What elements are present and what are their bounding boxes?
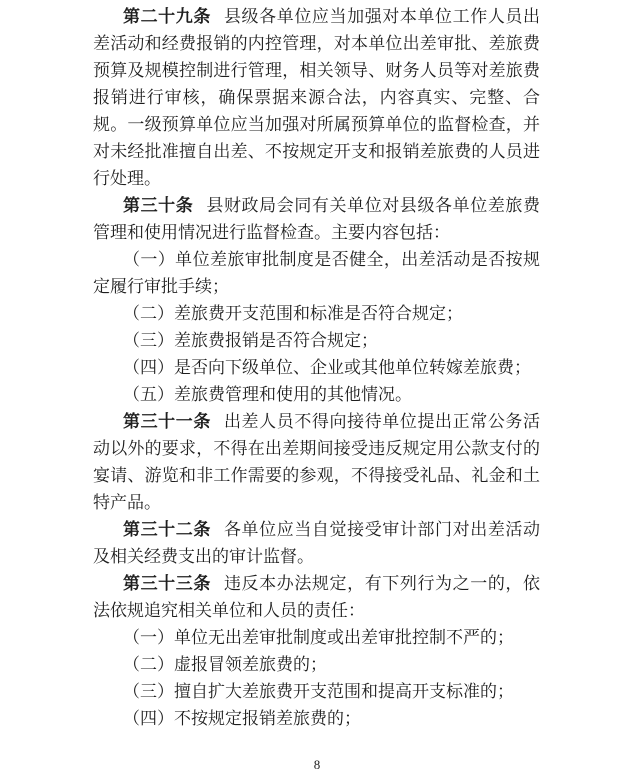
paragraph-text: 县级各单位应当加强对本单位工作人员出差活动和经费报销的内控管理，对本单位出差审批… bbox=[93, 7, 540, 188]
paragraph-text: （三）差旅费报销是否符合规定； bbox=[123, 331, 378, 350]
article-paragraph: 第三十条县财政局会同有关单位对县级各单位差旅费管理和使用情况进行监督检查。主要内… bbox=[93, 192, 540, 246]
article-number: 第三十条 bbox=[123, 196, 193, 215]
article-number: 第三十二条 bbox=[123, 520, 211, 539]
paragraph-text: （四）是否向下级单位、企业或其他单位转嫁差旅费； bbox=[123, 358, 531, 377]
article-number: 第二十九条 bbox=[123, 7, 211, 26]
page-footer: 8 bbox=[0, 757, 634, 773]
paragraph-text: （一）单位无出差审批制度或出差审批控制不严的； bbox=[123, 628, 514, 647]
article-paragraph: 第三十三条违反本办法规定，有下列行为之一的，依法依规追究相关单位和人员的责任： bbox=[93, 570, 540, 624]
article-paragraph: 第二十九条县级各单位应当加强对本单位工作人员出差活动和经费报销的内控管理，对本单… bbox=[93, 3, 540, 192]
paragraph-text: （五）差旅费管理和使用的其他情况。 bbox=[123, 385, 412, 404]
paragraph-text: （一）单位差旅审批制度是否健全，出差活动是否按规定履行审批手续； bbox=[93, 250, 540, 296]
paragraph-text: （二）差旅费开支范围和标准是否符合规定； bbox=[123, 304, 463, 323]
list-item-paragraph: （三）擅自扩大差旅费开支范围和提高开支标准的； bbox=[93, 678, 540, 705]
document-body: 第二十九条县级各单位应当加强对本单位工作人员出差活动和经费报销的内控管理，对本单… bbox=[93, 3, 540, 732]
article-paragraph: 第三十一条出差人员不得向接待单位提出正常公务活动以外的要求，不得在出差期间接受违… bbox=[93, 408, 540, 516]
paragraph-text: （四）不按规定报销差旅费的； bbox=[123, 709, 361, 728]
document-page: 第二十九条县级各单位应当加强对本单位工作人员出差活动和经费报销的内控管理，对本单… bbox=[0, 0, 634, 778]
list-item-paragraph: （二）虚报冒领差旅费的； bbox=[93, 651, 540, 678]
paragraph-text: （三）擅自扩大差旅费开支范围和提高开支标准的； bbox=[123, 682, 514, 701]
article-paragraph: 第三十二条各单位应当自觉接受审计部门对出差活动及相关经费支出的审计监督。 bbox=[93, 516, 540, 570]
list-item-paragraph: （一）单位差旅审批制度是否健全，出差活动是否按规定履行审批手续； bbox=[93, 246, 540, 300]
article-number: 第三十一条 bbox=[123, 412, 211, 431]
list-item-paragraph: （三）差旅费报销是否符合规定； bbox=[93, 327, 540, 354]
list-item-paragraph: （五）差旅费管理和使用的其他情况。 bbox=[93, 381, 540, 408]
page-number: 8 bbox=[314, 757, 321, 772]
list-item-paragraph: （四）不按规定报销差旅费的； bbox=[93, 705, 540, 732]
list-item-paragraph: （一）单位无出差审批制度或出差审批控制不严的； bbox=[93, 624, 540, 651]
list-item-paragraph: （二）差旅费开支范围和标准是否符合规定； bbox=[93, 300, 540, 327]
list-item-paragraph: （四）是否向下级单位、企业或其他单位转嫁差旅费； bbox=[93, 354, 540, 381]
article-number: 第三十三条 bbox=[123, 574, 211, 593]
paragraph-text: （二）虚报冒领差旅费的； bbox=[123, 655, 327, 674]
